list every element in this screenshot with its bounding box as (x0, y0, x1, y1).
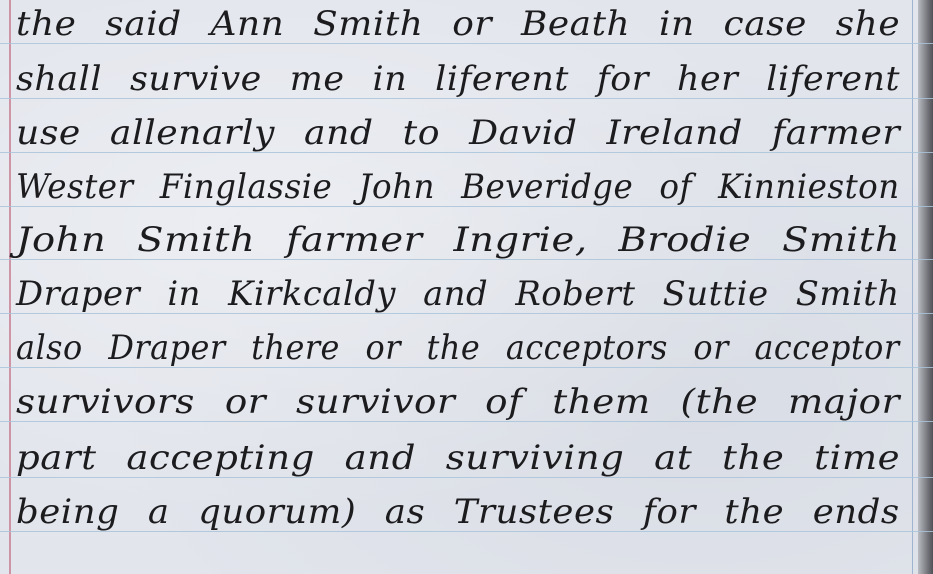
handwritten-line: shall survive me in liferent for her lif… (16, 59, 900, 99)
ledger-page: the said Ann Smith or Beath in case she … (0, 0, 933, 574)
handwritten-line: survivors or survivor of them (the major (16, 382, 900, 422)
page-edge-shadow (918, 0, 933, 574)
handwritten-line: John Smith farmer Ingrie, Brodie Smith (16, 220, 900, 260)
handwritten-line: part accepting and surviving at the time (16, 438, 900, 478)
red-margin-line (9, 0, 11, 574)
right-ruled-margin (912, 0, 913, 574)
handwritten-line: also Draper there or the acceptors or ac… (16, 328, 900, 368)
handwritten-line: use allenarly and to David Ireland farme… (16, 113, 900, 153)
handwritten-line: being a quorum) as Trustees for the ends (16, 492, 900, 532)
handwritten-line: Wester Finglassie John Beveridge of Kinn… (16, 167, 900, 207)
handwritten-line: Draper in Kirkcaldy and Robert Suttie Sm… (16, 274, 900, 314)
handwritten-line: the said Ann Smith or Beath in case she (16, 4, 900, 44)
